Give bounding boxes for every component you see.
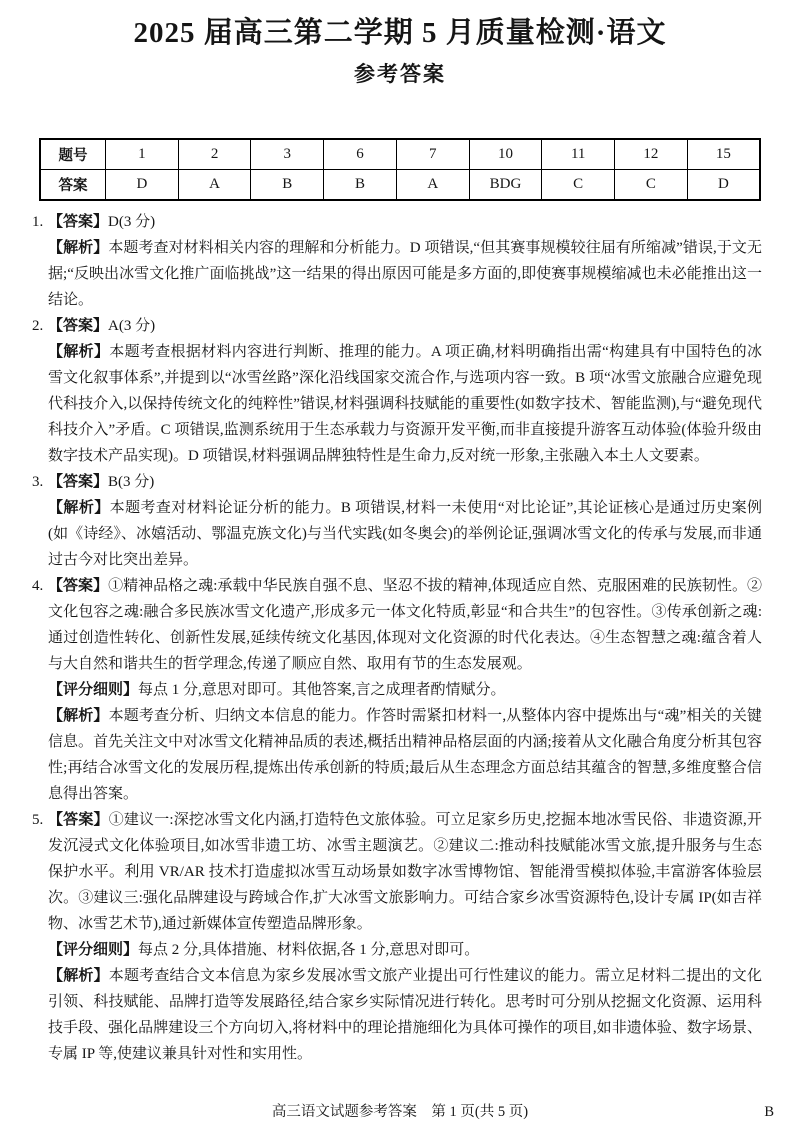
question-number-cell: 15	[687, 139, 760, 170]
answer-value-cell: B	[251, 170, 324, 201]
item-number: 4.	[32, 573, 43, 599]
answer-value-cell: D	[106, 170, 179, 201]
analysis-text: 本题考查结合文本信息为家乡发展冰雪文旅产业提出可行性建议的能力。需立足材料二提出…	[48, 968, 762, 1062]
question-number-cell: 2	[178, 139, 251, 170]
answer-value-row: 答案 D A B B A BDG C C D	[40, 170, 760, 201]
answer-key-table: 题号 1 2 3 6 7 10 11 12 15 答案 D A B B A BD…	[39, 138, 761, 201]
question-number-cell: 7	[396, 139, 469, 170]
scoring-label: 【评分细则】	[48, 681, 138, 698]
analysis-text: 本题考查对材料论证分析的能力。B 项错误,材料一未使用“对比论证”,其论证核心是…	[48, 500, 762, 568]
answer-item-4: 4. 【答案】①精神品格之魂:承载中华民族自强不息、坚忍不拔的精神,体现适应自然…	[0, 573, 800, 807]
answer-value-cell: C	[542, 170, 615, 201]
analysis-block: 【解析】本题考查对材料相关内容的理解和分析能力。D 项错误,“但其赛事规模较往届…	[48, 235, 762, 313]
question-number-cell: 12	[615, 139, 688, 170]
answer-label: 【答案】	[48, 473, 108, 490]
answer-block: 【答案】①精神品格之魂:承载中华民族自强不息、坚忍不拔的精神,体现适应自然、克服…	[48, 573, 762, 677]
answer-value-cell: B	[324, 170, 397, 201]
answer-item-2: 2. 【答案】A(3 分) 【解析】本题考查根据材料内容进行判断、推理的能力。A…	[0, 313, 800, 469]
item-number: 2.	[32, 313, 43, 339]
answer-text: A(3 分)	[108, 318, 155, 334]
analysis-text: 本题考查对材料相关内容的理解和分析能力。D 项错误,“但其赛事规模较往届有所缩减…	[48, 240, 762, 308]
item-number: 1.	[32, 209, 43, 235]
analysis-label: 【解析】	[48, 239, 108, 256]
page-subtitle: 参考答案	[0, 58, 800, 88]
answer-text: ①建议一:深挖冰雪文化内涵,打造特色文旅体验。可立足家乡历史,挖掘本地冰雪民俗、…	[48, 812, 762, 932]
answer-label: 【答案】	[48, 811, 109, 828]
scoring-block: 【评分细则】每点 2 分,具体措施、材料依据,各 1 分,意思对即可。	[48, 937, 762, 963]
answer-block: 【答案】B(3 分)	[48, 469, 762, 495]
page-footer: 高三语文试题参考答案 第 1 页(共 5 页)	[0, 1100, 800, 1121]
answer-value-cell: C	[615, 170, 688, 201]
answer-value-cell: BDG	[469, 170, 542, 201]
answer-label: 【答案】	[48, 577, 108, 594]
item-number: 5.	[32, 807, 43, 833]
answer-row-label: 答案	[40, 170, 106, 201]
question-number-row: 题号 1 2 3 6 7 10 11 12 15	[40, 139, 760, 170]
analysis-label: 【解析】	[48, 499, 110, 516]
question-number-cell: 1	[106, 139, 179, 170]
answer-block: 【答案】D(3 分)	[48, 209, 762, 235]
answer-item-3: 3. 【答案】B(3 分) 【解析】本题考查对材料论证分析的能力。B 项错误,材…	[0, 469, 800, 573]
answer-text: B(3 分)	[108, 474, 154, 490]
question-row-label: 题号	[40, 139, 106, 170]
page-title: 2025 届高三第二学期 5 月质量检测·语文	[0, 0, 800, 51]
answer-label: 【答案】	[48, 317, 108, 334]
analysis-label: 【解析】	[48, 967, 109, 984]
question-number-cell: 3	[251, 139, 324, 170]
scoring-text: 每点 2 分,具体措施、材料依据,各 1 分,意思对即可。	[138, 942, 479, 958]
analysis-block: 【解析】本题考查对材料论证分析的能力。B 项错误,材料一未使用“对比论证”,其论…	[48, 495, 762, 573]
answer-value-cell: D	[687, 170, 760, 201]
analysis-text: 本题考查分析、归纳文本信息的能力。作答时需紧扣材料一,从整体内容中提炼出与“魂”…	[48, 708, 762, 802]
answer-text: D(3 分)	[108, 214, 155, 230]
question-number-cell: 10	[469, 139, 542, 170]
analysis-label: 【解析】	[48, 707, 109, 724]
answer-value-cell: A	[396, 170, 469, 201]
item-number: 3.	[32, 469, 43, 495]
question-number-cell: 6	[324, 139, 397, 170]
answer-block: 【答案】①建议一:深挖冰雪文化内涵,打造特色文旅体验。可立足家乡历史,挖掘本地冰…	[48, 807, 762, 937]
analysis-block: 【解析】本题考查结合文本信息为家乡发展冰雪文旅产业提出可行性建议的能力。需立足材…	[48, 963, 762, 1067]
answer-block: 【答案】A(3 分)	[48, 313, 762, 339]
answer-value-cell: A	[178, 170, 251, 201]
analysis-block: 【解析】本题考查分析、归纳文本信息的能力。作答时需紧扣材料一,从整体内容中提炼出…	[48, 703, 762, 807]
question-number-cell: 11	[542, 139, 615, 170]
scoring-block: 【评分细则】每点 1 分,意思对即可。其他答案,言之成理者酌情赋分。	[48, 677, 762, 703]
scoring-text: 每点 1 分,意思对即可。其他答案,言之成理者酌情赋分。	[138, 682, 506, 698]
answer-item-5: 5. 【答案】①建议一:深挖冰雪文化内涵,打造特色文旅体验。可立足家乡历史,挖掘…	[0, 807, 800, 1067]
analysis-label: 【解析】	[48, 343, 109, 360]
analysis-block: 【解析】本题考查根据材料内容进行判断、推理的能力。A 项正确,材料明确指出需“构…	[48, 339, 762, 469]
answer-text: ①精神品格之魂:承载中华民族自强不息、坚忍不拔的精神,体现适应自然、克服困难的民…	[48, 578, 762, 672]
answer-item-1: 1. 【答案】D(3 分) 【解析】本题考查对材料相关内容的理解和分析能力。D …	[0, 209, 800, 313]
answers-content: 1. 【答案】D(3 分) 【解析】本题考查对材料相关内容的理解和分析能力。D …	[0, 209, 800, 1067]
scoring-label: 【评分细则】	[48, 941, 138, 958]
answer-label: 【答案】	[48, 213, 108, 230]
corner-mark: B	[764, 1104, 774, 1121]
analysis-text: 本题考查根据材料内容进行判断、推理的能力。A 项正确,材料明确指出需“构建具有中…	[48, 344, 762, 464]
